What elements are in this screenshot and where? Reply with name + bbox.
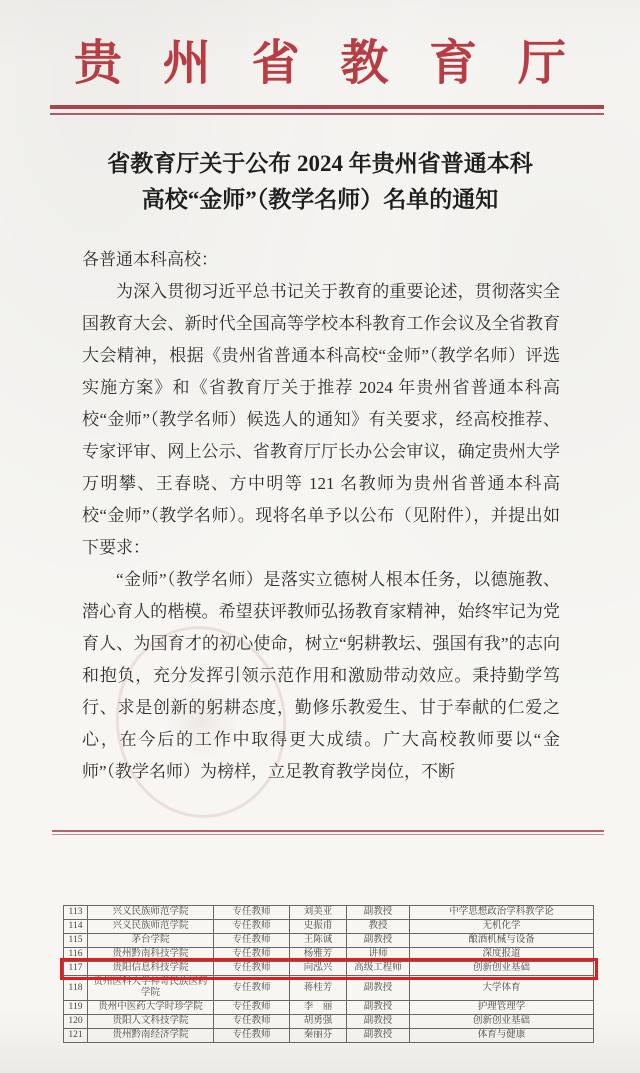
agency-name: 贵州省教育厅 xyxy=(0,24,640,93)
cell-teacher-type: 专任教师 xyxy=(214,1015,290,1029)
cell-rank: 教授 xyxy=(347,920,410,934)
cell-name: 向泓兴 xyxy=(290,962,347,976)
cell-rank: 副教授 xyxy=(347,906,410,920)
cell-rank: 副教授 xyxy=(347,976,410,1001)
table-row: 121 贵州黔南经济学院 专任教师 秦丽芬 副教授 体育与健康 xyxy=(64,1029,594,1043)
table-row: 113 兴义民族师范学院 专任教师 刘美亚 副教授 中学思想政治学科教学论 xyxy=(64,906,594,920)
cell-number: 115 xyxy=(64,934,88,948)
cell-course: 无机化学 xyxy=(410,920,594,934)
cell-teacher-type: 专任教师 xyxy=(214,976,290,1001)
cell-name: 秦丽芬 xyxy=(290,1029,347,1043)
cell-number: 118 xyxy=(64,976,88,1001)
cell-rank: 副教授 xyxy=(347,1015,410,1029)
cell-number: 113 xyxy=(64,906,88,920)
cell-school: 贵阳人文科技学院 xyxy=(88,1015,214,1029)
header-rule xyxy=(50,105,604,115)
table-row: 118 贵州医科大学神奇民族医药学院 专任教师 蒋桂芳 副教授 大学体育 xyxy=(64,976,594,1001)
cell-school: 茅台学院 xyxy=(88,934,214,948)
cell-course: 体育与健康 xyxy=(410,1029,594,1043)
cell-teacher-type: 专任教师 xyxy=(214,1029,290,1043)
table-row: 117 贵阳信息科技学院 专任教师 向泓兴 高级工程师 创新创业基础 xyxy=(64,962,594,976)
cell-name: 王陈诚 xyxy=(290,934,347,948)
cell-number: 116 xyxy=(64,948,88,962)
cell-course: 大学体育 xyxy=(410,976,594,1001)
cell-rank: 副教授 xyxy=(347,1001,410,1015)
cell-number: 114 xyxy=(64,920,88,934)
cell-name: 蒋桂芳 xyxy=(290,976,347,1001)
cell-school: 贵州中医药大学时珍学院 xyxy=(88,1001,214,1015)
notice-title-line1: 省教育厅关于公布 2024 年贵州省普通本科 xyxy=(0,146,640,182)
body-paragraph-2: “金师”（教学名师）是落实立德树人根本任务，以德施教、潜心育人的楷模。希望获评教… xyxy=(82,564,560,788)
cell-course: 深度报道 xyxy=(410,948,594,962)
appendix-table: 113 兴义民族师范学院 专任教师 刘美亚 副教授 中学思想政治学科教学论 11… xyxy=(63,905,594,1043)
cell-teacher-type: 专任教师 xyxy=(214,1001,290,1015)
cell-course: 酿酒机械与设备 xyxy=(410,934,594,948)
cell-name: 李 丽 xyxy=(290,1001,347,1015)
table-row: 116 贵州黔南科技学院 专任教师 杨雅芳 讲师 深度报道 xyxy=(64,948,594,962)
cell-school: 兴义民族师范学院 xyxy=(88,920,214,934)
body-paragraph-1: 为深入贯彻习近平总书记关于教育的重要论述，贯彻落实全国教育大会、新时代全国高等学… xyxy=(82,276,560,564)
cell-teacher-type: 专任教师 xyxy=(214,920,290,934)
notice-title: 省教育厅关于公布 2024 年贵州省普通本科 高校“金师”（教学名师）名单的通知 xyxy=(0,146,640,218)
cell-school: 贵州黔南科技学院 xyxy=(88,948,214,962)
cell-number: 119 xyxy=(64,1001,88,1015)
appendix-table-body: 113 兴义民族师范学院 专任教师 刘美亚 副教授 中学思想政治学科教学论 11… xyxy=(64,906,594,1043)
cell-rank: 副教授 xyxy=(347,1029,410,1043)
cell-rank: 高级工程师 xyxy=(347,962,410,976)
cell-rank: 副教授 xyxy=(347,934,410,948)
cell-course: 创新创业基础 xyxy=(410,962,594,976)
cell-school: 贵阳信息科技学院 xyxy=(88,962,214,976)
cell-rank: 讲师 xyxy=(347,948,410,962)
table-row: 114 兴义民族师范学院 专任教师 史振甫 教授 无机化学 xyxy=(64,920,594,934)
cell-name: 胡勇强 xyxy=(290,1015,347,1029)
cell-teacher-type: 专任教师 xyxy=(214,906,290,920)
cell-course: 护理管理学 xyxy=(410,1001,594,1015)
page-divider-line xyxy=(52,830,604,835)
cell-teacher-type: 专任教师 xyxy=(214,962,290,976)
cell-number: 121 xyxy=(64,1029,88,1043)
cell-school: 贵州黔南经济学院 xyxy=(88,1029,214,1043)
cell-course: 中学思想政治学科教学论 xyxy=(410,906,594,920)
cell-name: 史振甫 xyxy=(290,920,347,934)
cell-name: 刘美亚 xyxy=(290,906,347,920)
notice-body: 各普通本科高校： 为深入贯彻习近平总书记关于教育的重要论述，贯彻落实全国教育大会… xyxy=(82,244,560,788)
cell-number: 117 xyxy=(64,962,88,976)
cell-school: 兴义民族师范学院 xyxy=(88,906,214,920)
table-row: 115 茅台学院 专任教师 王陈诚 副教授 酿酒机械与设备 xyxy=(64,934,594,948)
cell-name: 杨雅芳 xyxy=(290,948,347,962)
cell-school: 贵州医科大学神奇民族医药学院 xyxy=(88,976,214,1001)
cell-number: 120 xyxy=(64,1015,88,1029)
salutation: 各普通本科高校： xyxy=(82,244,560,276)
cell-teacher-type: 专任教师 xyxy=(214,934,290,948)
cell-teacher-type: 专任教师 xyxy=(214,948,290,962)
table-row: 119 贵州中医药大学时珍学院 专任教师 李 丽 副教授 护理管理学 xyxy=(64,1001,594,1015)
document-page: 贵州省教育厅 省教育厅关于公布 2024 年贵州省普通本科 高校“金师”（教学名… xyxy=(0,0,640,1073)
cell-course: 创新创业基础 xyxy=(410,1015,594,1029)
table-row: 120 贵阳人文科技学院 专任教师 胡勇强 副教授 创新创业基础 xyxy=(64,1015,594,1029)
notice-title-line2: 高校“金师”（教学名师）名单的通知 xyxy=(0,182,640,218)
